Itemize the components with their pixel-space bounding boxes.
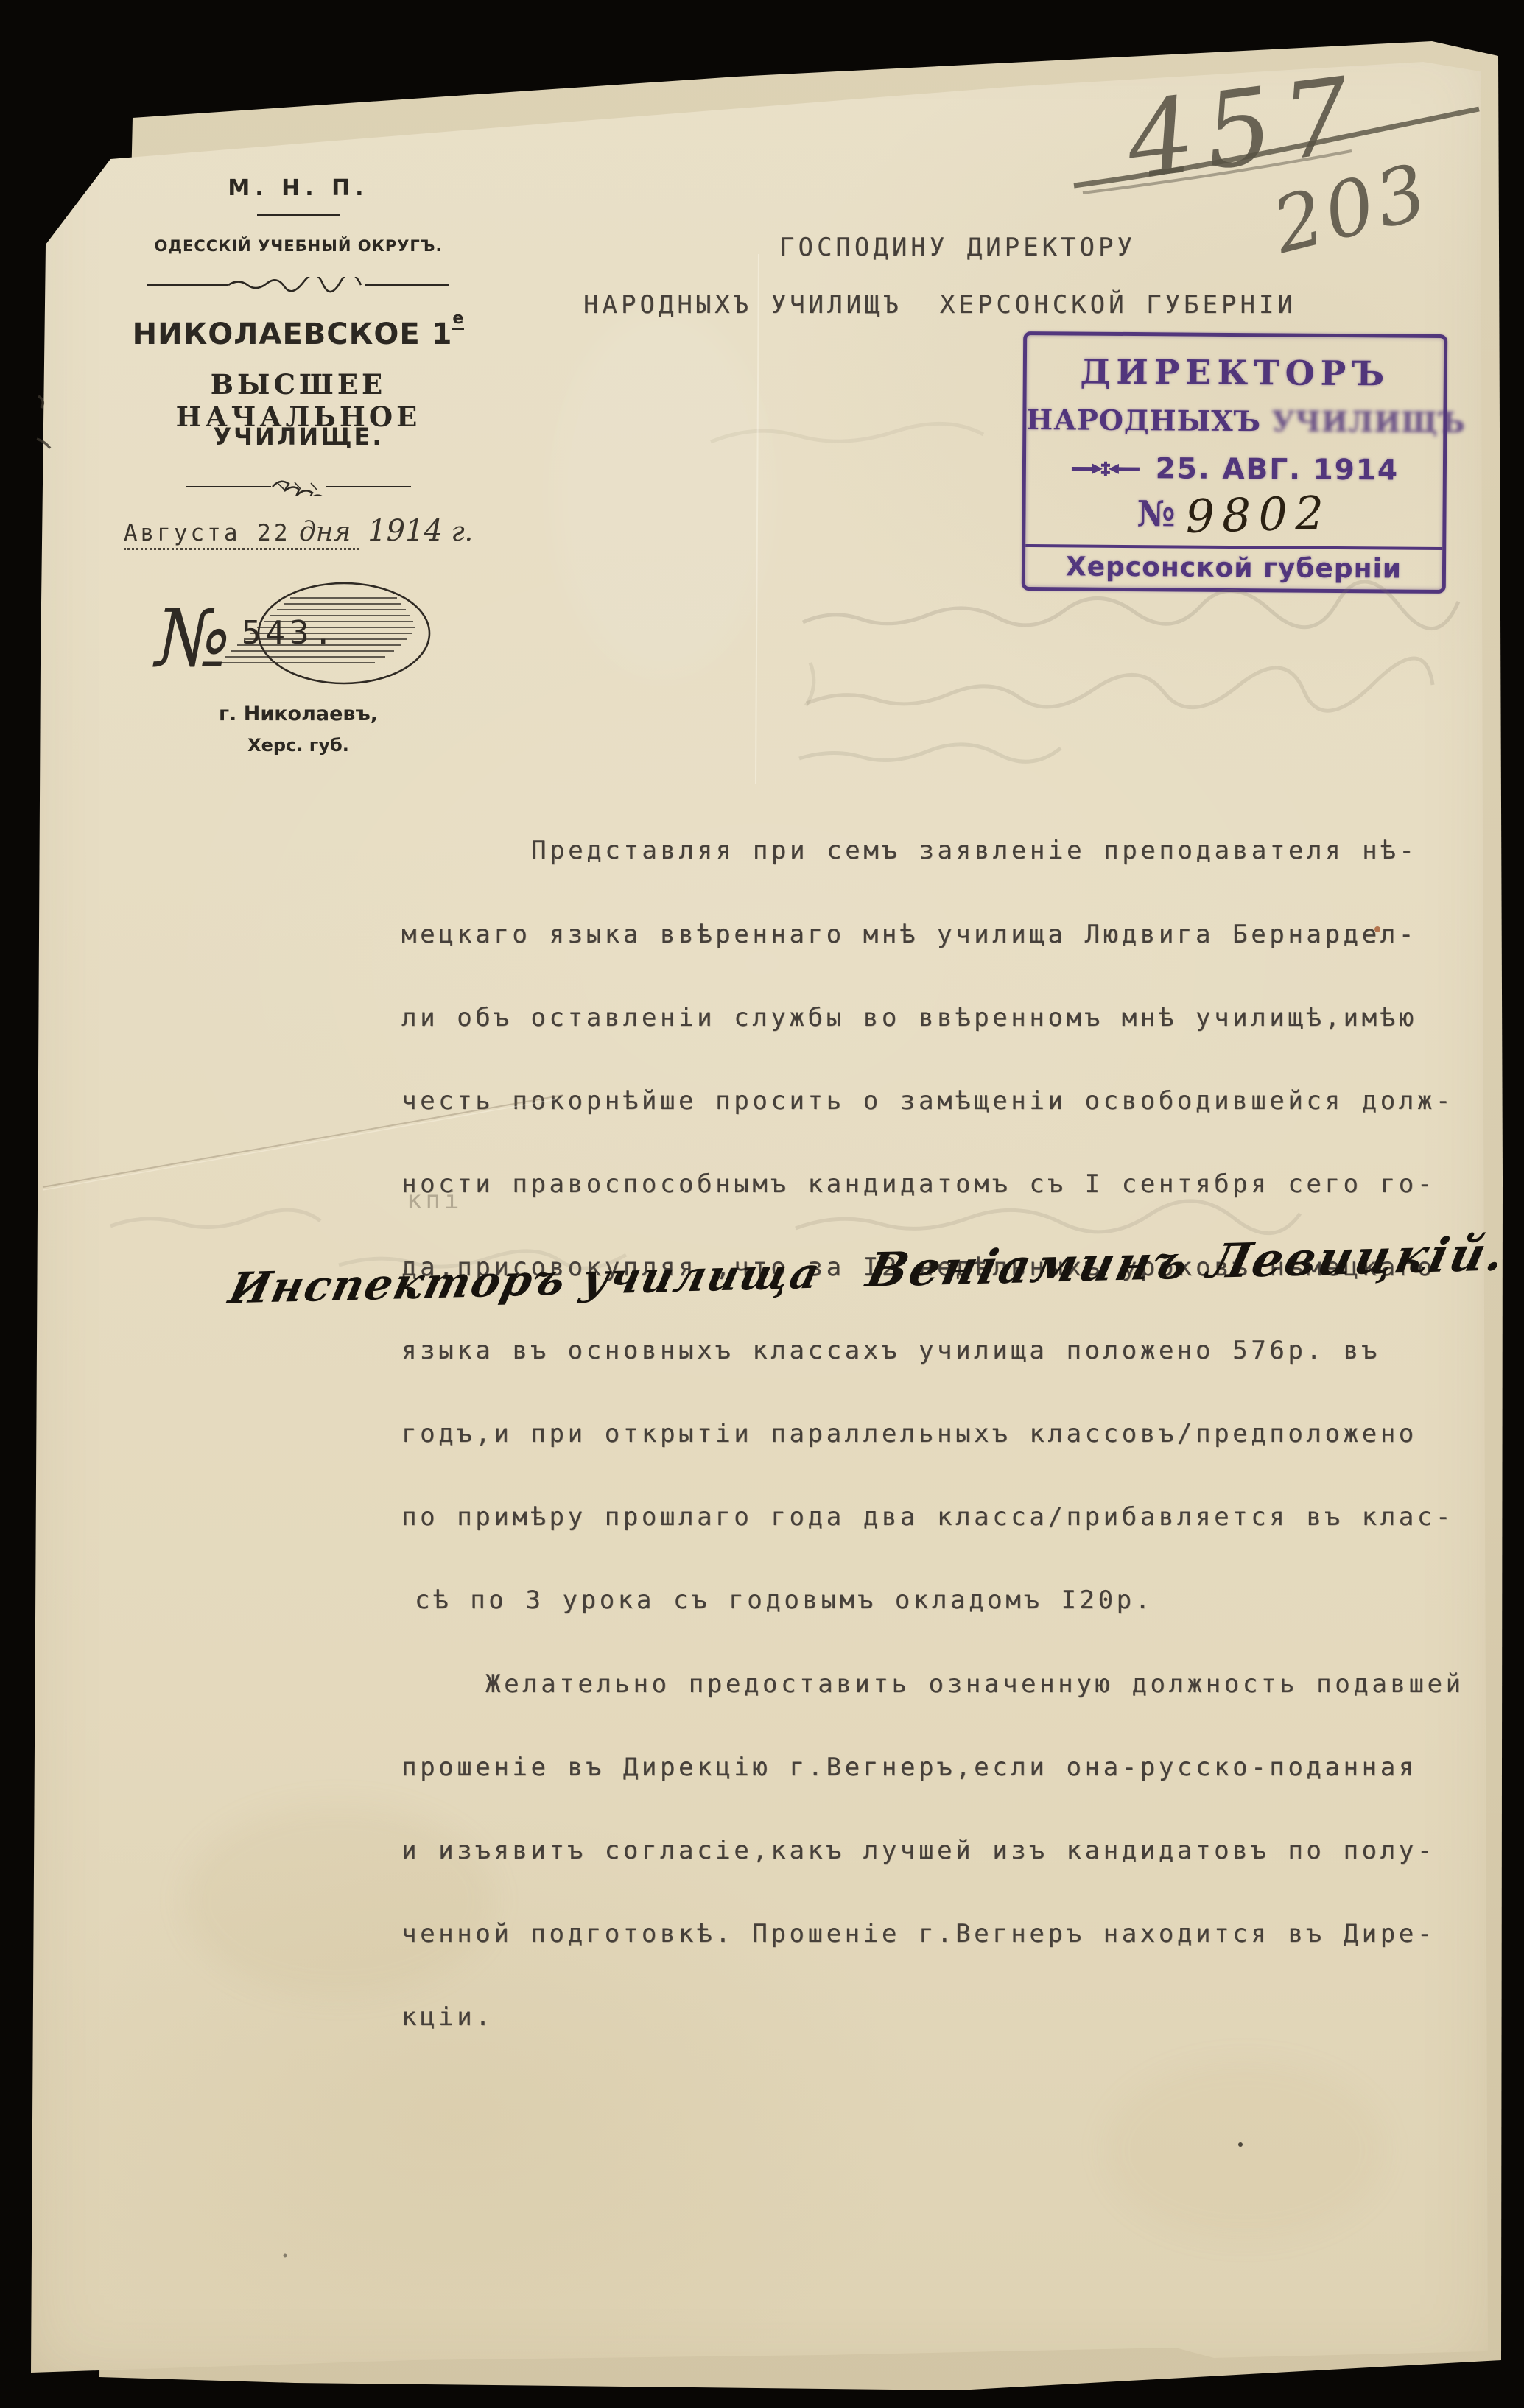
document-scan: М. Н. П. ОДЕССКІЙ УЧЕБНЫЙ ОКРУГЪ. НИКОЛА…	[0, 0, 1524, 2408]
date-word: дня	[299, 517, 351, 547]
date-era: г.	[451, 517, 473, 547]
body-line: ли объ оставленіи службы во ввѣренномъ м…	[401, 1004, 1499, 1032]
date-line: Августа 22 дня 1914 г.	[118, 514, 479, 548]
stamp-number-underline	[1025, 544, 1442, 550]
stamp-org-word1: НАРОДНЫХЪ	[1026, 403, 1261, 437]
body-line: годъ,и при открытіи параллельныхъ классо…	[401, 1420, 1499, 1448]
body-line: языка въ основныхъ классахъ училища поло…	[401, 1337, 1499, 1365]
ordinal-superscript: е	[452, 309, 464, 330]
director-stamp: ДИРЕКТОРЪ НАРОДНЫХЪ УЧИЛИЩЪ 25. АВГ. 191…	[1022, 331, 1447, 594]
city-line: г. Николаевъ,	[118, 703, 479, 725]
date-fill-line: Августа 22 дня	[124, 529, 359, 550]
body-line: мецкаго языка ввѣреннаго мнѣ училища Люд…	[401, 921, 1499, 949]
stamp-arrow-ornament	[1070, 459, 1141, 479]
school-name-text: НИКОЛАЕВСКОЕ 1	[133, 317, 453, 351]
stamp-region: Херсонской губерніи	[1025, 552, 1442, 585]
stamp-org-word2: УЧИЛИЩЪ	[1271, 404, 1466, 439]
squiggle-ornament	[118, 277, 479, 293]
outgoing-number: 543.	[242, 614, 337, 652]
stamp-organization: НАРОДНЫХЪ УЧИЛИЩЪ	[1026, 403, 1443, 439]
stamp-date: 25. АВГ. 1914	[1156, 452, 1400, 487]
number-sign-cursive: №	[152, 593, 231, 685]
stamp-number-handwritten: 9802	[1185, 492, 1332, 538]
province-line: Херс. губ.	[118, 735, 479, 756]
body-line: прошеніе въ Дирекцію г.Вегнеръ,если она-…	[401, 1754, 1499, 1782]
leaf-ornament	[118, 474, 479, 496]
paper-stain	[1105, 2062, 1385, 2239]
school-name-line3: УЧИЛИЩЕ.	[118, 423, 479, 451]
body-line: честь покорнѣйше просить о замѣщеніи осв…	[401, 1088, 1499, 1116]
stamp-number-row: № 9802	[1025, 493, 1442, 537]
body-line: кціи.	[401, 2004, 1499, 2032]
addressee-line2: НАРОДНЫХЪ УЧИЛИЩЪ ХЕРСОНСКОЙ ГУБЕРНІИ	[583, 290, 1296, 320]
letter-body: Представляя при семъ заявленіе преподава…	[401, 782, 1499, 2087]
addressee-line1: ГОСПОДИНУ ДИРЕКТОРУ	[779, 233, 1136, 262]
school-name-line1: НИКОЛАЕВСКОЕ 1е	[118, 309, 479, 351]
body-line: сѣ по 3 урока съ годовымъ окладомъ I20р.	[401, 1587, 1499, 1615]
body-line: и изъявитъ согласіе,какъ лучшей изъ канд…	[401, 1837, 1499, 1865]
body-line: ности правоспособнымъ кандидатомъ съ I с…	[401, 1171, 1499, 1199]
number-emblem: № 543.	[118, 577, 479, 695]
body-line: Представляя при семъ заявленіе преподава…	[401, 837, 1499, 865]
body-line: ченной подготовкѣ. Прошеніе г.Вегнеръ на…	[401, 1921, 1499, 1948]
date-typed: Августа 22	[124, 520, 291, 546]
stamp-number-sign: №	[1137, 493, 1176, 535]
ministry-abbreviation: М. Н. П.	[118, 175, 479, 201]
date-word-printed: дня	[291, 517, 359, 547]
paper-stain	[552, 309, 773, 677]
stamp-date-row: 25. АВГ. 1914	[1026, 451, 1443, 487]
ghost-typed-fragment: кпі	[407, 1186, 463, 1215]
letterhead-rule	[118, 214, 479, 216]
date-year: 1914	[368, 514, 443, 548]
body-line: по примѣру прошлаго года два класса/приб…	[401, 1504, 1499, 1532]
district-name: ОДЕССКІЙ УЧЕБНЫЙ ОКРУГЪ.	[118, 237, 479, 255]
body-line: Желательно предоставить означенную должн…	[401, 1671, 1499, 1699]
stamp-title: ДИРЕКТОРЪ	[1027, 351, 1444, 394]
